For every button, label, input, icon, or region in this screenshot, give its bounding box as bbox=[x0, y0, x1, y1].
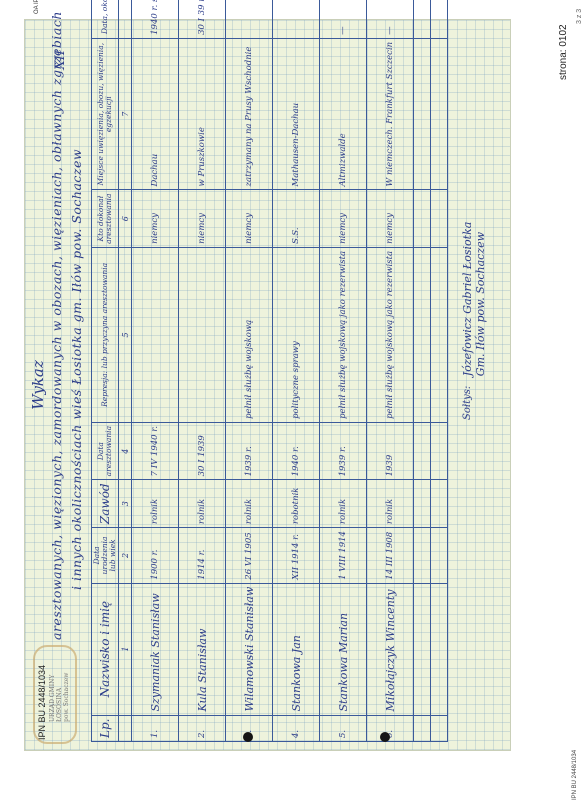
cell-arrest-date: 1939 bbox=[367, 422, 414, 479]
table-row: 4.Stankowa JanXII 1914 r.robotnik1940 r.… bbox=[273, 0, 320, 742]
colnum: 6 bbox=[119, 190, 132, 247]
cell-occupation: rolnik bbox=[132, 480, 179, 528]
empty-cell bbox=[431, 715, 448, 741]
header-born: Data urodzenia lub wiek bbox=[92, 528, 119, 584]
table-row: 6.Mikołajczyk Wincenty14 III 1908rolnik1… bbox=[367, 0, 414, 742]
cell-by: niemcy bbox=[132, 190, 179, 247]
table-row: 1.Szymaniak Stanisław1900 r.rolnik7 IV 1… bbox=[132, 0, 179, 742]
stamp-line: URZĄD GMINY bbox=[49, 673, 56, 722]
empty-cell bbox=[431, 190, 448, 247]
cell-arrest-date: 30 I 1939 bbox=[179, 422, 226, 479]
signature-block: Sołtys: Józefowicz Gabriel Łosiotka Gm. … bbox=[461, 222, 487, 420]
empty-cell bbox=[431, 528, 448, 584]
header-by: Kto dokonał aresztowania bbox=[92, 190, 119, 247]
empty-cell bbox=[414, 0, 431, 38]
colnum bbox=[119, 715, 132, 741]
cell-lp: 5. bbox=[320, 715, 367, 741]
cell-born: 1900 r. bbox=[132, 528, 179, 584]
empty-cell bbox=[414, 715, 431, 741]
cell-by: niemcy bbox=[179, 190, 226, 247]
colnum: 7 bbox=[119, 38, 132, 190]
header-arrest-date: Data aresztowania bbox=[92, 422, 119, 479]
cell-arrest-date: 7 IV 1940 r. bbox=[132, 422, 179, 479]
empty-cell bbox=[431, 583, 448, 715]
document-subtitle-line2: i innych okolicznościach wieś Łosiotka g… bbox=[69, 149, 84, 590]
document-title: Wykaz bbox=[29, 20, 47, 750]
header-reason: Represja: lub przyczyna aresztowania bbox=[92, 247, 119, 422]
page-fraction: 3 z 3 bbox=[576, 9, 583, 24]
cell-reason: pełnił służbę wojskową jako rezerwista bbox=[367, 247, 414, 422]
victims-table: Lp. Nazwisko i imię Data urodzenia lub w… bbox=[91, 0, 448, 742]
cell-lp: 6. bbox=[367, 715, 414, 741]
colnum: 8 bbox=[119, 0, 132, 38]
cell-place: w Pruszkowie bbox=[179, 38, 226, 190]
empty-cell bbox=[414, 480, 431, 528]
table-row: 3.Wilamowski Stanisław26 VI 1905rolnik19… bbox=[226, 0, 273, 742]
header-place: Miejsce uwięzienia, obozu, więzienia, eg… bbox=[92, 38, 119, 190]
empty-cell bbox=[414, 38, 431, 190]
empty-cell bbox=[431, 247, 448, 422]
cell-reason: pełnił służbę wojskową jako rezerwista bbox=[320, 247, 367, 422]
colnum: 5 bbox=[119, 247, 132, 422]
cell-born: 26 VI 1905 bbox=[226, 528, 273, 584]
empty-cell bbox=[414, 190, 431, 247]
table-row: 5.Stankowa Marian1 VIII 1914rolnik1939 r… bbox=[320, 0, 367, 742]
cell-born: 1914 r. bbox=[179, 528, 226, 584]
header-name: Nazwisko i imię bbox=[92, 583, 119, 715]
stamp-line: ŁOSOSINA bbox=[56, 673, 63, 722]
cell-by: S.S. bbox=[273, 190, 320, 247]
punch-hole bbox=[243, 732, 253, 742]
cell-place: zatrzymany na Prusy Wschodnie bbox=[226, 38, 273, 190]
header-lp: Lp. bbox=[92, 715, 119, 741]
cell-occupation: robotnik bbox=[273, 480, 320, 528]
cell-lp: 1. bbox=[132, 715, 179, 741]
cell-name: Mikołajczyk Wincenty bbox=[367, 583, 414, 715]
cell-name: Szymaniak Stanisław bbox=[132, 583, 179, 715]
signature-label: Sołtys: bbox=[461, 386, 474, 420]
cell-death: — bbox=[320, 0, 367, 38]
cell-reason: pełnił służbę wojskową bbox=[226, 247, 273, 422]
cell-occupation: rolnik bbox=[226, 480, 273, 528]
cell-born: 1 VIII 1914 bbox=[320, 528, 367, 584]
cell-name: Wilamowski Stanisław bbox=[226, 583, 273, 715]
colnum: 4 bbox=[119, 422, 132, 479]
document-page-wrapper: IPN BU 2448/1034 URZĄD GMINY ŁOSOSINA po… bbox=[25, 20, 510, 750]
cell-death bbox=[273, 0, 320, 38]
cell-arrest-date: 1939 r. bbox=[320, 422, 367, 479]
cell-born: 14 III 1908 bbox=[367, 528, 414, 584]
cell-reason bbox=[179, 247, 226, 422]
cell-by: niemcy bbox=[226, 190, 273, 247]
cell-lp: 4. bbox=[273, 715, 320, 741]
page-roman-numeral: XII bbox=[53, 50, 68, 70]
column-number-row: 1 2 3 4 5 6 7 8 9 bbox=[119, 0, 132, 742]
page-label: strona: 0102 bbox=[558, 24, 569, 80]
empty-cell bbox=[414, 247, 431, 422]
cell-occupation: rolnik bbox=[367, 480, 414, 528]
empty-cell bbox=[414, 528, 431, 584]
colnum: 3 bbox=[119, 480, 132, 528]
cell-death: 1940 r. spalony w krematorium bbox=[132, 0, 179, 38]
cell-place: Dachau bbox=[132, 38, 179, 190]
cell-death bbox=[226, 0, 273, 38]
footer-reference: IPN BU 2448/1034 bbox=[572, 750, 578, 800]
cell-reason: polityczne sprawy bbox=[273, 247, 320, 422]
cell-occupation: rolnik bbox=[320, 480, 367, 528]
cell-place: Mathausen-Dachau bbox=[273, 38, 320, 190]
empty-row bbox=[431, 0, 448, 742]
colnum: 1 bbox=[119, 583, 132, 715]
cell-arrest-date: 1940 r. bbox=[273, 422, 320, 479]
empty-cell bbox=[431, 422, 448, 479]
archive-top-note: OA IPN w Warszawie bbox=[34, 0, 40, 14]
signature-line1: Józefowicz Gabriel Łosiotka bbox=[461, 222, 474, 377]
cell-death: 30 I 39 r. rozstrzelali niemcy bbox=[179, 0, 226, 38]
cell-lp: 2. bbox=[179, 715, 226, 741]
header-occupation: Zawód bbox=[92, 480, 119, 528]
cell-occupation: rolnik bbox=[179, 480, 226, 528]
document-subtitle-line1: aresztowanych, więzionych, zamordowanych… bbox=[49, 11, 64, 640]
stamp-line: pow. Sochaczew bbox=[63, 673, 70, 722]
empty-cell bbox=[431, 0, 448, 38]
table-header-row: Lp. Nazwisko i imię Data urodzenia lub w… bbox=[92, 0, 119, 742]
stamp-text: URZĄD GMINY ŁOSOSINA pow. Sochaczew bbox=[49, 673, 70, 722]
colnum: 2 bbox=[119, 528, 132, 584]
empty-row bbox=[414, 0, 431, 742]
document-sheet: IPN BU 2448/1034 URZĄD GMINY ŁOSOSINA po… bbox=[25, 20, 510, 750]
cell-death: — bbox=[367, 0, 414, 38]
empty-cell bbox=[431, 480, 448, 528]
empty-cell bbox=[431, 38, 448, 190]
cell-arrest-date: 1939 r. bbox=[226, 422, 273, 479]
cell-name: Kula Stanisław bbox=[179, 583, 226, 715]
cell-name: Stankowa Jan bbox=[273, 583, 320, 715]
cell-name: Stankowa Marian bbox=[320, 583, 367, 715]
cell-place: W niemczech. Frankfurt Szczecin bbox=[367, 38, 414, 190]
signature-line2: Gm. Iłów pow. Sochaczew bbox=[474, 222, 487, 377]
cell-by: niemcy bbox=[320, 190, 367, 247]
cell-born: XII 1914 r. bbox=[273, 528, 320, 584]
table-row: 2.Kula Stanisław1914 r.rolnik30 I 1939ni… bbox=[179, 0, 226, 742]
header-death: Data, okoliczności i sposób śmierci bbox=[92, 0, 119, 38]
punch-hole bbox=[380, 732, 390, 742]
cell-reason bbox=[132, 247, 179, 422]
cell-place: Altmizwalde bbox=[320, 38, 367, 190]
empty-cell bbox=[414, 422, 431, 479]
cell-by: niemcy bbox=[367, 190, 414, 247]
empty-cell bbox=[414, 583, 431, 715]
